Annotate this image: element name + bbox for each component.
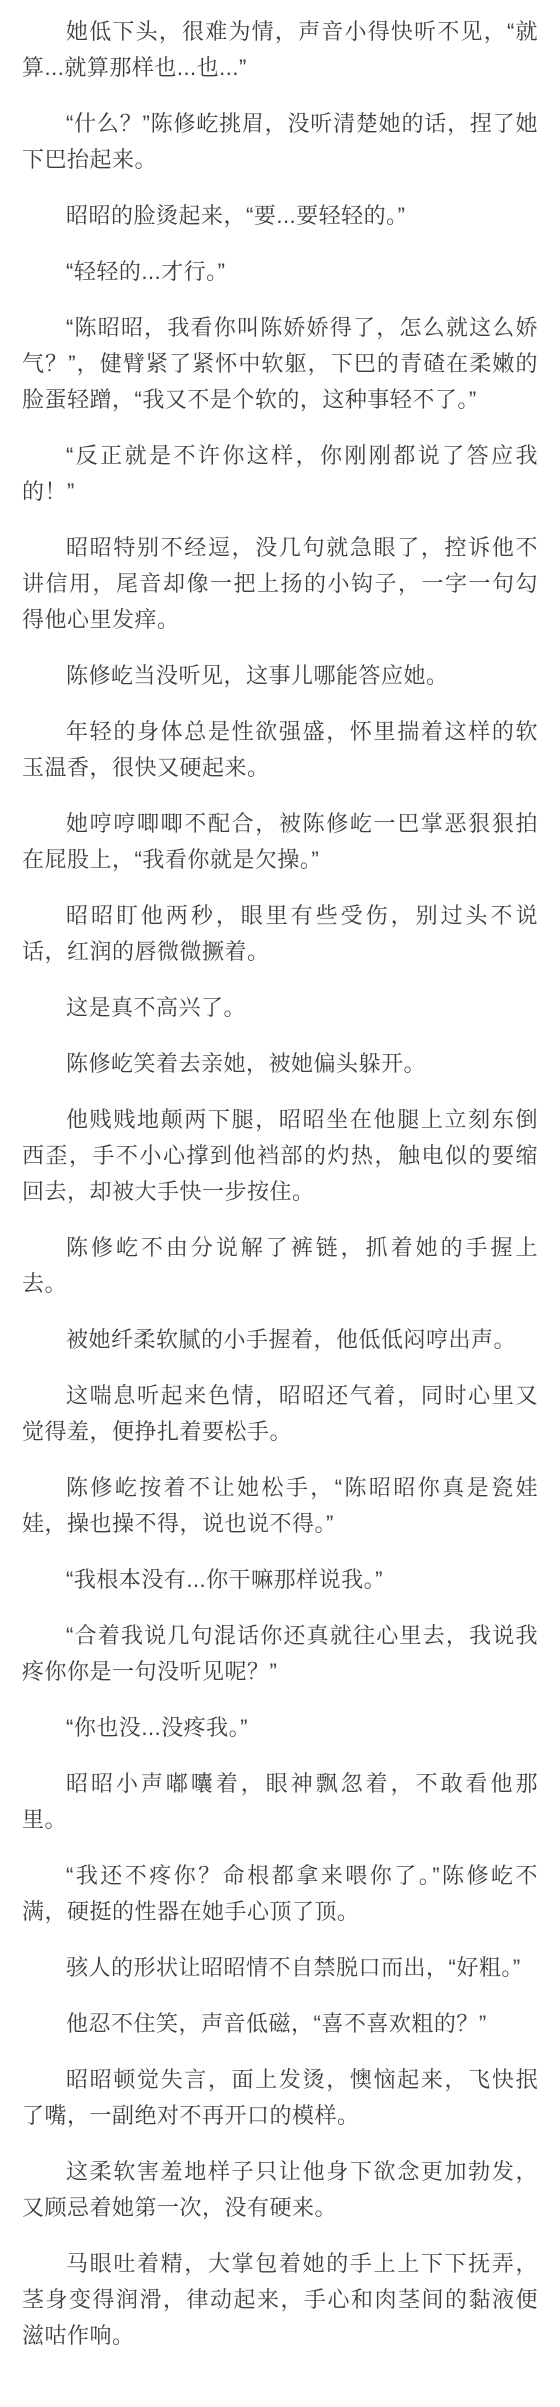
paragraph: 陈修屹不由分说解了裤链，抓着她的手握上去。 <box>22 1230 538 1302</box>
paragraph: 她哼哼唧唧不配合，被陈修屹一巴掌恶狠狠拍在屁股上，“我看你就是欠操。” <box>22 806 538 878</box>
paragraph: “你也没...没疼我。” <box>22 1710 538 1746</box>
novel-reader-page: 她低下头，很难为情，声音小得快听不见，“就算...就算那样也...也...” “… <box>0 0 560 2407</box>
paragraph: 陈修屹当没听见，这事儿哪能答应她。 <box>22 658 538 694</box>
paragraph: 她低下头，很难为情，声音小得快听不见，“就算...就算那样也...也...” <box>22 14 538 86</box>
paragraph: 昭昭特别不经逗，没几句就急眼了，控诉他不讲信用，尾音却像一把上扬的小钩子，一字一… <box>22 530 538 638</box>
paragraph: 这喘息听起来色情，昭昭还气着，同时心里又觉得羞，便挣扎着要松手。 <box>22 1378 538 1450</box>
paragraph: 骇人的形状让昭昭情不自禁脱口而出，“好粗。” <box>22 1950 538 1986</box>
paragraph: “陈昭昭，我看你叫陈娇娇得了，怎么就这么娇气？”，健臂紧了紧怀中软躯，下巴的青碴… <box>22 310 538 418</box>
paragraph: 这柔软害羞地样子只让他身下欲念更加勃发，又顾忌着她第一次，没有硬来。 <box>22 2154 538 2226</box>
paragraph: “反正就是不许你这样，你刚刚都说了答应我的！” <box>22 438 538 510</box>
paragraph: 年轻的身体总是性欲强盛，怀里揣着这样的软玉温香，很快又硬起来。 <box>22 714 538 786</box>
paragraph: “我根本没有...你干嘛那样说我。” <box>22 1562 538 1598</box>
paragraph: 陈修屹笑着去亲她，被她偏头躲开。 <box>22 1046 538 1082</box>
paragraph: 昭昭的脸烫起来，“要...要轻轻的。” <box>22 198 538 234</box>
paragraph: 这是真不高兴了。 <box>22 990 538 1026</box>
paragraph: “我还不疼你？命根都拿来喂你了。”陈修屹不满，硬挺的性器在她手心顶了顶。 <box>22 1858 538 1930</box>
paragraph: “轻轻的...才行。” <box>22 254 538 290</box>
paragraph: 被她纤柔软腻的小手握着，他低低闷哼出声。 <box>22 1322 538 1358</box>
paragraph: 陈修屹按着不让她松手，“陈昭昭你真是瓷娃娃，操也操不得，说也说不得。” <box>22 1470 538 1542</box>
paragraph: “什么？”陈修屹挑眉，没听清楚她的话，捏了她下巴抬起来。 <box>22 106 538 178</box>
paragraph: 昭昭盯他两秒，眼里有些受伤，别过头不说话，红润的唇微微撅着。 <box>22 898 538 970</box>
paragraph: 马眼吐着精，大掌包着她的手上上下下抚弄，茎身变得润滑，律动起来，手心和肉茎间的黏… <box>22 2246 538 2354</box>
paragraph: 他贱贱地颠两下腿，昭昭坐在他腿上立刻东倒西歪，手不小心撑到他裆部的灼热，触电似的… <box>22 1102 538 1210</box>
paragraph: 他忍不住笑，声音低磁，“喜不喜欢粗的？” <box>22 2006 538 2042</box>
paragraph: 昭昭小声嘟囔着，眼神飘忽着，不敢看他那里。 <box>22 1766 538 1838</box>
paragraph: “合着我说几句混话你还真就往心里去，我说我疼你你是一句没听见呢？” <box>22 1618 538 1690</box>
paragraph: 昭昭顿觉失言，面上发烫，懊恼起来，飞快抿了嘴，一副绝对不再开口的模样。 <box>22 2062 538 2134</box>
